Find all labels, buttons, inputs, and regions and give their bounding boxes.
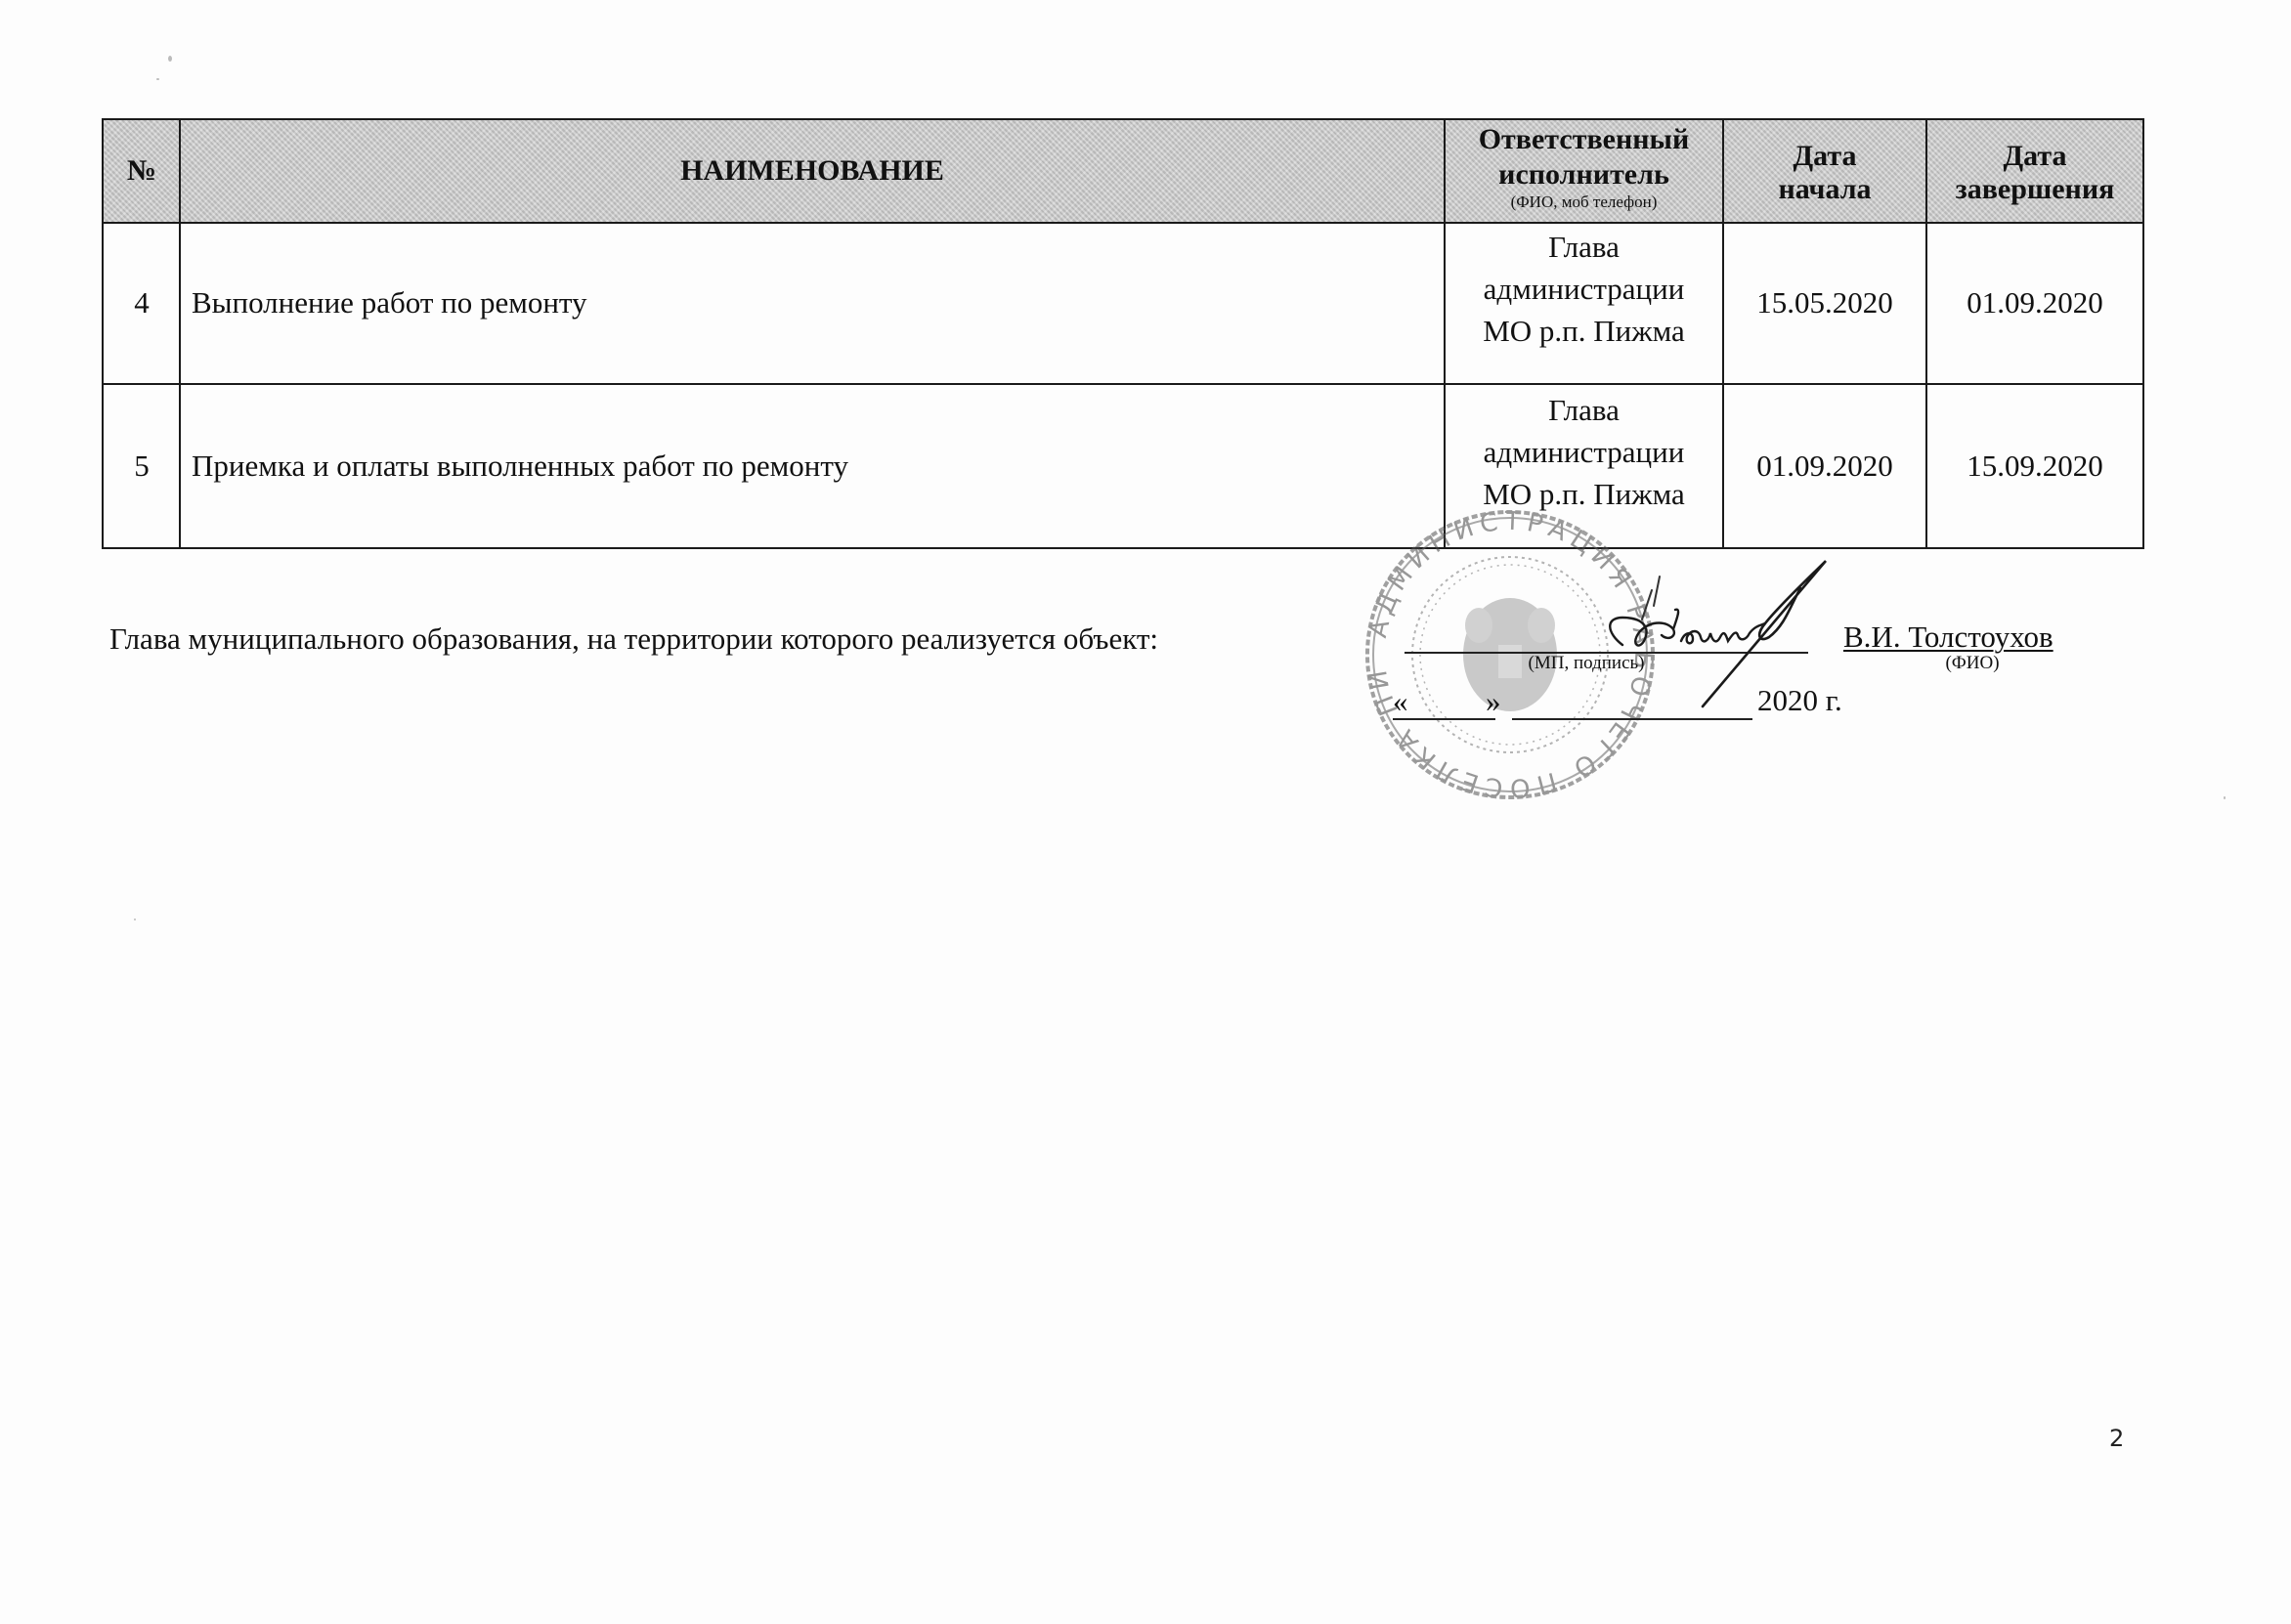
row-4-name: Выполнение работ по ремонту [180, 222, 1445, 384]
header-name: НАИМЕНОВАНИЕ [180, 120, 1445, 222]
row-4-start-date: 15.05.2020 [1723, 222, 1926, 384]
date-open-quote: « [1393, 684, 1408, 719]
row-4-responsible: Глава администрации МО р.п. Пижма [1445, 222, 1723, 384]
row-5-number: 5 [104, 385, 180, 547]
schedule-table: № НАИМЕНОВАНИЕ Ответственный исполнитель… [102, 118, 2144, 549]
row-5-responsible-line2: администрации [1484, 431, 1685, 473]
document-page: № НАИМЕНОВАНИЕ Ответственный исполнитель… [0, 0, 2291, 1624]
scan-speck [2224, 796, 2226, 799]
row-4-end-date: 01.09.2020 [1926, 222, 2143, 384]
header-number: № [104, 120, 180, 222]
header-responsible-line2: исполнитель [1498, 157, 1669, 192]
header-responsible: Ответственный исполнитель (ФИО, моб теле… [1445, 122, 1723, 222]
row-5-start-date: 01.09.2020 [1723, 385, 1926, 547]
signature-year: 2020 г. [1757, 683, 1842, 718]
header-start-line2: начала [1778, 173, 1871, 206]
page-number: 2 [2109, 1425, 2124, 1452]
row-4-number: 4 [104, 222, 180, 384]
row-5-end-date: 15.09.2020 [1926, 385, 2143, 547]
scan-speck [156, 78, 159, 80]
month-blank-line [1512, 718, 1752, 720]
header-responsible-line1: Ответственный [1479, 122, 1690, 157]
scan-speck [168, 56, 172, 62]
signer-caption: (ФИО) [1933, 653, 2011, 674]
header-name-label: НАИМЕНОВАНИЕ [680, 154, 944, 188]
header-number-label: № [127, 154, 156, 188]
row-4-responsible-line1: Глава [1548, 226, 1620, 268]
row-5-name: Приемка и оплаты выполненных работ по ре… [180, 385, 1445, 547]
header-start-line1: Дата [1794, 140, 1857, 173]
row-4-responsible-line3: МО р.п. Пижма [1483, 310, 1685, 352]
row-5-responsible-line1: Глава [1548, 389, 1620, 431]
row-4-responsible-line2: администрации [1484, 268, 1685, 310]
signer-name: В.И. Толстоухов [1843, 620, 2053, 655]
header-responsible-note: (ФИО, моб телефон) [1511, 192, 1658, 212]
header-end-date: Дата завершения [1926, 124, 2143, 222]
header-end-line2: завершения [1956, 173, 2115, 206]
day-blank-line [1393, 718, 1495, 720]
header-start-date: Дата начала [1723, 124, 1926, 222]
scan-speck [134, 919, 136, 920]
header-end-line1: Дата [2004, 140, 2067, 173]
date-close-quote: » [1486, 684, 1501, 719]
head-statement: Глава муниципального образования, на тер… [109, 621, 1158, 657]
